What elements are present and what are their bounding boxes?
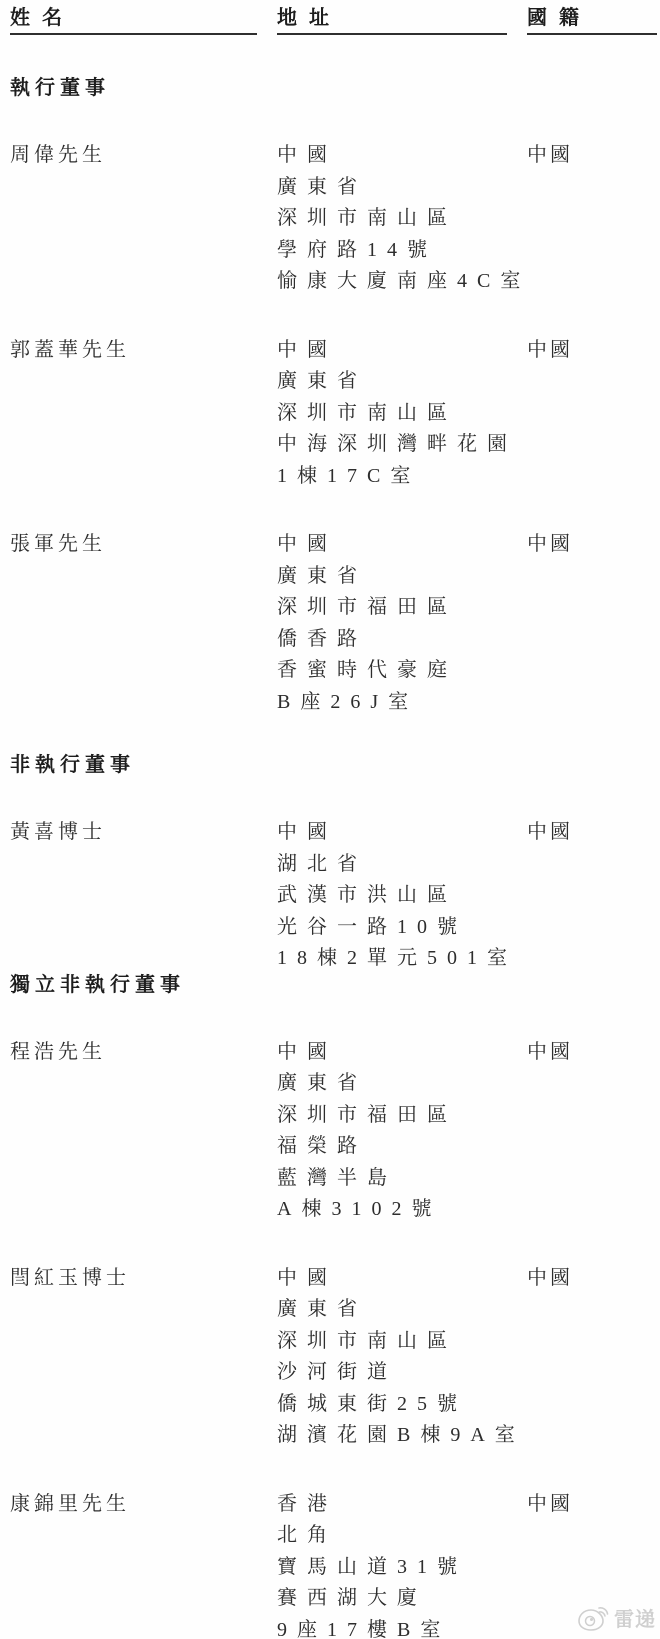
director-address: 中國湖北省武漢市洪山區光谷一路10號18棟2單元501室 xyxy=(277,817,507,975)
director-nationality: 中國 xyxy=(527,1263,657,1452)
director-nationality: 中國 xyxy=(527,1037,657,1226)
director-section: 獨立非執行董事 程浩先生 中國廣東省深圳市福田區福榮路藍灣半島A棟3102號 中… xyxy=(0,975,660,1639)
address-line: 武漢市洪山區 xyxy=(277,880,507,912)
address-line: 深圳市南山區 xyxy=(277,1326,507,1358)
director-address: 中國廣東省深圳市福田區福榮路藍灣半島A棟3102號 xyxy=(277,1037,507,1226)
address-line: B座26J室 xyxy=(277,687,507,719)
director-row: 康錦里先生 香港北角寶馬山道31號賽西湖大廈9座17樓B室 中國 xyxy=(10,1489,657,1639)
address-line: 愉康大廈南座4C室 xyxy=(277,266,507,298)
address-line: 僑城東街25號 xyxy=(277,1389,507,1421)
address-line: 廣東省 xyxy=(277,172,507,204)
address-line: 9座17樓B室 xyxy=(277,1615,507,1639)
section-entries: 程浩先生 中國廣東省深圳市福田區福榮路藍灣半島A棟3102號 中國 閆紅玉博士 … xyxy=(0,1037,660,1639)
address-line: 湖濱花園B棟9A室 xyxy=(277,1420,507,1452)
address-line: 深圳市福田區 xyxy=(277,592,507,624)
address-line: 賽西湖大廈 xyxy=(277,1583,507,1615)
address-line: 湖北省 xyxy=(277,849,507,881)
address-line: A棟3102號 xyxy=(277,1194,507,1226)
director-row: 黃喜博士 中國湖北省武漢市洪山區光谷一路10號18棟2單元501室 中國 xyxy=(10,817,657,975)
address-line: 藍灣半島 xyxy=(277,1163,507,1195)
section-entries: 黃喜博士 中國湖北省武漢市洪山區光谷一路10號18棟2單元501室 中國 xyxy=(0,817,660,975)
address-line: 學府路14號 xyxy=(277,235,507,267)
directors-address-page: 姓名 地址 國籍 執行董事 周偉先生 中國廣東省深圳市南山區學府路14號愉康大廈… xyxy=(0,0,660,1639)
address-line: 中國 xyxy=(277,817,507,849)
address-line: 廣東省 xyxy=(277,1068,507,1100)
director-nationality: 中國 xyxy=(527,529,657,718)
address-line: 光谷一路10號 xyxy=(277,912,507,944)
director-name: 郭蓋華先生 xyxy=(10,335,257,493)
column-header-name: 姓名 xyxy=(10,8,257,35)
address-line: 僑香路 xyxy=(277,624,507,656)
table-body: 執行董事 周偉先生 中國廣東省深圳市南山區學府路14號愉康大廈南座4C室 中國 … xyxy=(0,78,660,1639)
director-address: 中國廣東省深圳市福田區僑香路香蜜時代豪庭B座26J室 xyxy=(277,529,507,718)
address-line: 中國 xyxy=(277,335,507,367)
address-line: 廣東省 xyxy=(277,366,507,398)
section-heading: 執行董事 xyxy=(10,78,660,98)
column-header-address: 地址 xyxy=(277,8,507,35)
director-nationality: 中國 xyxy=(527,817,657,975)
section-heading: 獨立非執行董事 xyxy=(10,975,660,995)
director-row: 周偉先生 中國廣東省深圳市南山區學府路14號愉康大廈南座4C室 中國 xyxy=(10,140,657,298)
director-row: 閆紅玉博士 中國廣東省深圳市南山區沙河街道僑城東街25號湖濱花園B棟9A室 中國 xyxy=(10,1263,657,1452)
address-line: 1棟17C室 xyxy=(277,461,507,493)
section-heading: 非執行董事 xyxy=(10,755,660,775)
address-line: 北角 xyxy=(277,1520,507,1552)
director-nationality: 中國 xyxy=(527,140,657,298)
watermark-text: 雷递 xyxy=(614,1603,656,1632)
address-line: 中國 xyxy=(277,529,507,561)
address-line: 中國 xyxy=(277,1263,507,1295)
address-line: 寶馬山道31號 xyxy=(277,1552,507,1584)
address-line: 深圳市福田區 xyxy=(277,1100,507,1132)
section-entries: 周偉先生 中國廣東省深圳市南山區學府路14號愉康大廈南座4C室 中國 郭蓋華先生… xyxy=(0,140,660,718)
address-line: 香蜜時代豪庭 xyxy=(277,655,507,687)
address-line: 深圳市南山區 xyxy=(277,398,507,430)
director-name: 張軍先生 xyxy=(10,529,257,718)
weibo-icon xyxy=(577,1602,611,1632)
director-address: 中國廣東省深圳市南山區學府路14號愉康大廈南座4C室 xyxy=(277,140,507,298)
address-line: 中海深圳灣畔花園 xyxy=(277,429,507,461)
table-header: 姓名 地址 國籍 xyxy=(10,0,657,35)
address-line: 中國 xyxy=(277,140,507,172)
watermark: 雷递 xyxy=(577,1602,656,1632)
director-row: 程浩先生 中國廣東省深圳市福田區福榮路藍灣半島A棟3102號 中國 xyxy=(10,1037,657,1226)
address-line: 福榮路 xyxy=(277,1131,507,1163)
director-name: 閆紅玉博士 xyxy=(10,1263,257,1452)
address-line: 廣東省 xyxy=(277,1294,507,1326)
director-name: 康錦里先生 xyxy=(10,1489,257,1639)
director-section: 執行董事 周偉先生 中國廣東省深圳市南山區學府路14號愉康大廈南座4C室 中國 … xyxy=(0,78,660,718)
director-nationality: 中國 xyxy=(527,335,657,493)
director-row: 張軍先生 中國廣東省深圳市福田區僑香路香蜜時代豪庭B座26J室 中國 xyxy=(10,529,657,718)
address-line: 深圳市南山區 xyxy=(277,203,507,235)
director-name: 周偉先生 xyxy=(10,140,257,298)
director-section: 非執行董事 黃喜博士 中國湖北省武漢市洪山區光谷一路10號18棟2單元501室 … xyxy=(0,755,660,975)
director-name: 黃喜博士 xyxy=(10,817,257,975)
column-header-nationality: 國籍 xyxy=(527,8,657,35)
director-address: 中國廣東省深圳市南山區中海深圳灣畔花園1棟17C室 xyxy=(277,335,507,493)
address-line: 18棟2單元501室 xyxy=(277,943,507,975)
address-line: 沙河街道 xyxy=(277,1357,507,1389)
director-address: 中國廣東省深圳市南山區沙河街道僑城東街25號湖濱花園B棟9A室 xyxy=(277,1263,507,1452)
address-line: 香港 xyxy=(277,1489,507,1521)
director-address: 香港北角寶馬山道31號賽西湖大廈9座17樓B室 xyxy=(277,1489,507,1639)
director-row: 郭蓋華先生 中國廣東省深圳市南山區中海深圳灣畔花園1棟17C室 中國 xyxy=(10,335,657,493)
address-line: 廣東省 xyxy=(277,561,507,593)
director-name: 程浩先生 xyxy=(10,1037,257,1226)
address-line: 中國 xyxy=(277,1037,507,1069)
